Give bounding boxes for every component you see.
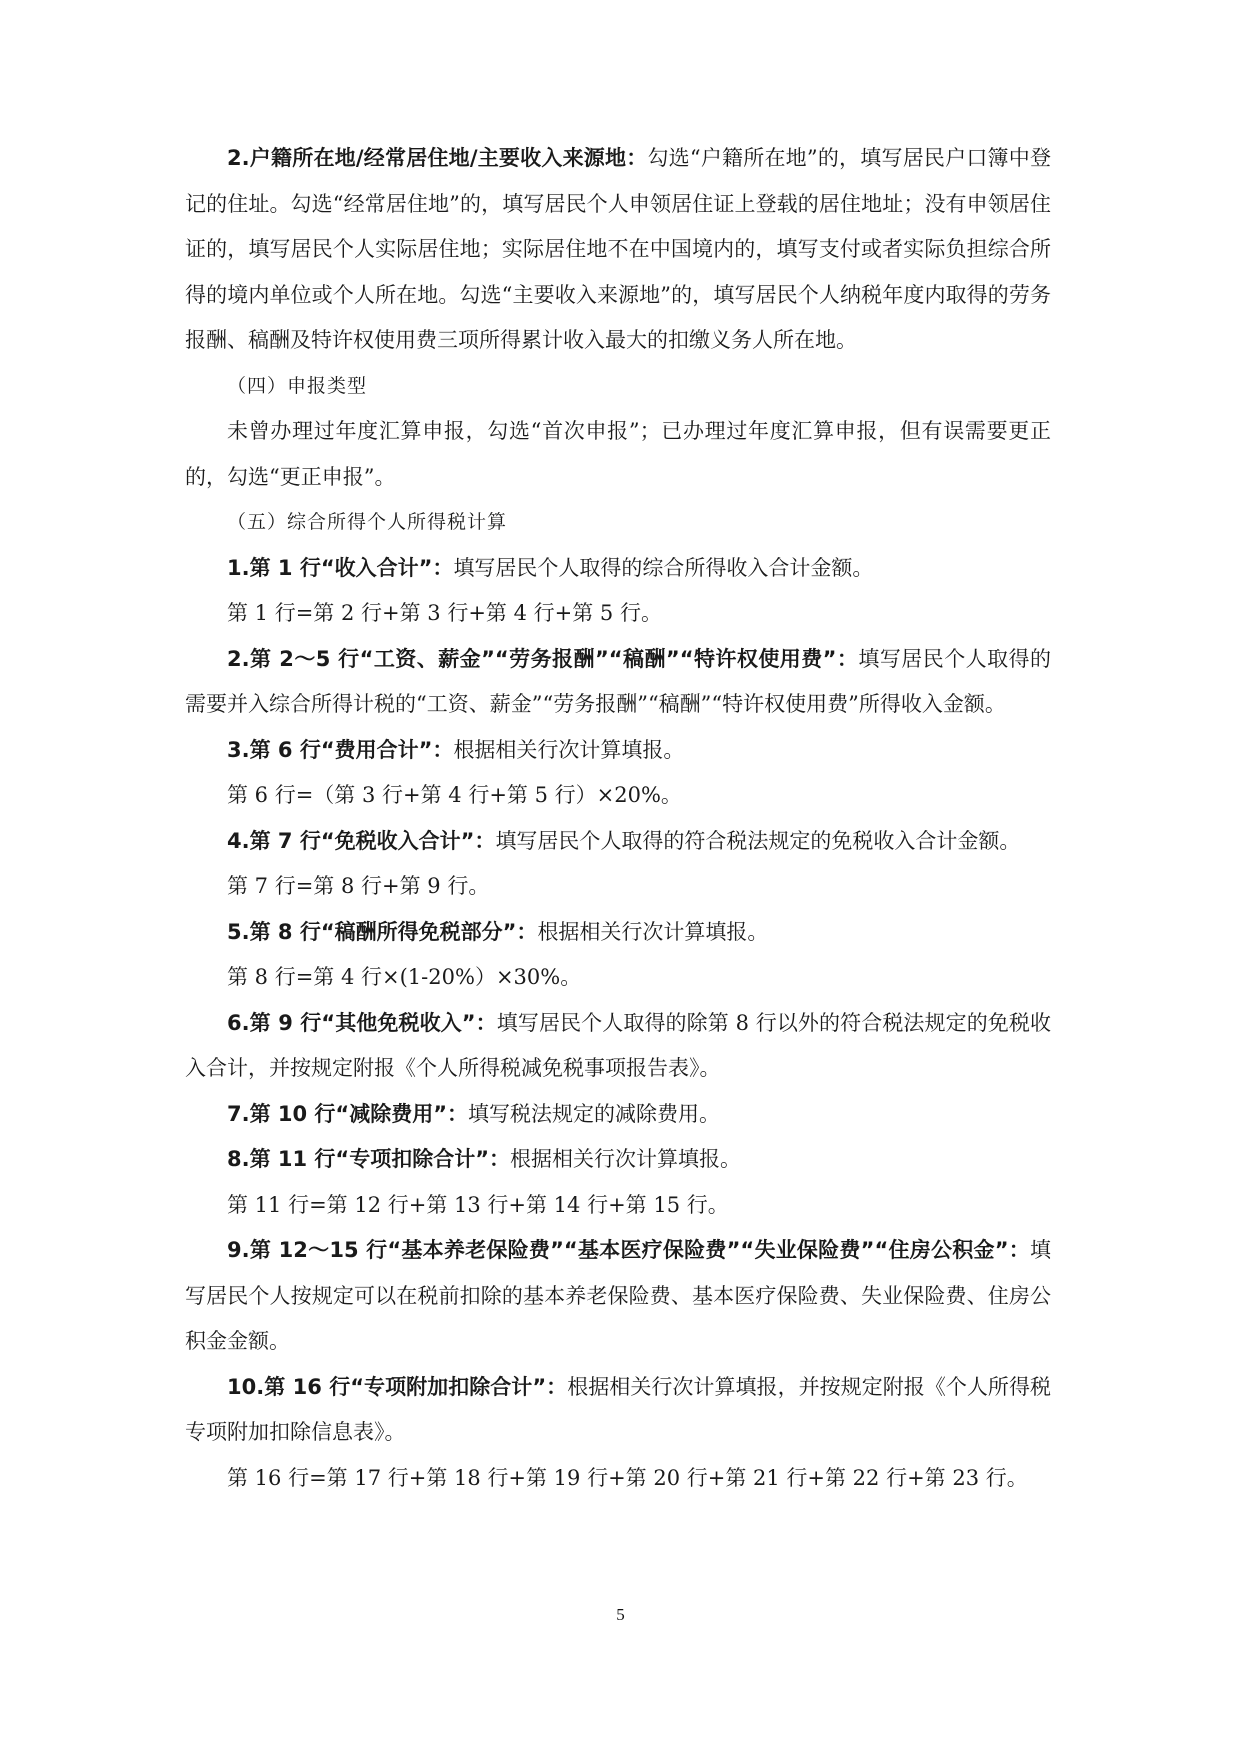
formula-text: 第 1 行=第 2 行+第 3 行+第 4 行+第 5 行。 xyxy=(227,601,662,625)
paragraph-lead: 8.第 11 行“专项扣除合计”： xyxy=(227,1147,510,1171)
paragraph-lead: 9.第 12～15 行“基本养老保险费”“基本医疗保险费”“失业保险费”“住房公… xyxy=(227,1238,1030,1262)
paragraph-declaration-type: 未曾办理过年度汇算申报，勾选“首次申报”；已办理过年度汇算申报，但有误需要更正的… xyxy=(185,409,1051,500)
paragraph-lead: 4.第 7 行“免税收入合计”： xyxy=(227,829,495,853)
paragraph-lead: 1.第 1 行“收入合计”： xyxy=(227,556,453,580)
paragraph-lead: 2.户籍所在地/经常居住地/主要收入来源地： xyxy=(227,146,647,170)
paragraph-lead: 2.第 2～5 行“工资、薪金”“劳务报酬”“稿酬”“特许权使用费”： xyxy=(227,647,858,671)
formula-text: 第 16 行=第 17 行+第 18 行+第 19 行+第 20 行+第 21 … xyxy=(227,1466,1028,1490)
formula-row-11: 第 11 行=第 12 行+第 13 行+第 14 行+第 15 行。 xyxy=(185,1183,1051,1229)
page-number: 5 xyxy=(0,1605,1241,1625)
paragraph-row-6: 3.第 6 行“费用合计”：根据相关行次计算填报。 xyxy=(185,728,1051,774)
paragraph-body: 填写税法规定的减除费用。 xyxy=(468,1102,720,1126)
paragraph-row-9: 6.第 9 行“其他免税收入”：填写居民个人取得的除第 8 行以外的符合税法规定… xyxy=(185,1001,1051,1092)
formula-text: 第 7 行=第 8 行+第 9 行。 xyxy=(227,874,489,898)
paragraph-body: 勾选“户籍所在地”的，填写居民户口簿中登记的住址。勾选“经常居住地”的，填写居民… xyxy=(185,146,1051,352)
paragraph-body: 根据相关行次计算填报。 xyxy=(453,738,684,762)
document-page: 2.户籍所在地/经常居住地/主要收入来源地：勾选“户籍所在地”的，填写居民户口簿… xyxy=(185,136,1051,1501)
paragraph-lead: 10.第 16 行“专项附加扣除合计”： xyxy=(227,1375,567,1399)
paragraph-lead: 3.第 6 行“费用合计”： xyxy=(227,738,453,762)
formula-text: 第 8 行=第 4 行×(1-20%）×30%。 xyxy=(227,965,581,989)
paragraph-row-1: 1.第 1 行“收入合计”：填写居民个人取得的综合所得收入合计金额。 xyxy=(185,546,1051,592)
formula-row-8: 第 8 行=第 4 行×(1-20%）×30%。 xyxy=(185,955,1051,1001)
section-heading-declaration-type: （四）申报类型 xyxy=(185,364,1051,410)
paragraph-row-8: 5.第 8 行“稿酬所得免税部分”：根据相关行次计算填报。 xyxy=(185,910,1051,956)
paragraph-lead: 5.第 8 行“稿酬所得免税部分”： xyxy=(227,920,537,944)
formula-row-7: 第 7 行=第 8 行+第 9 行。 xyxy=(185,864,1051,910)
formula-text: 第 11 行=第 12 行+第 13 行+第 14 行+第 15 行。 xyxy=(227,1193,729,1217)
paragraph-lead: 6.第 9 行“其他免税收入”： xyxy=(227,1011,497,1035)
paragraph-body: 填写居民个人取得的综合所得收入合计金额。 xyxy=(453,556,873,580)
paragraph-residence: 2.户籍所在地/经常居住地/主要收入来源地：勾选“户籍所在地”的，填写居民户口簿… xyxy=(185,136,1051,364)
paragraph-rows-12-15: 9.第 12～15 行“基本养老保险费”“基本医疗保险费”“失业保险费”“住房公… xyxy=(185,1228,1051,1365)
paragraph-lead: 7.第 10 行“减除费用”： xyxy=(227,1102,468,1126)
section-heading-tax-calculation: （五）综合所得个人所得税计算 xyxy=(185,500,1051,546)
paragraph-body: 根据相关行次计算填报。 xyxy=(537,920,768,944)
paragraph-row-7: 4.第 7 行“免税收入合计”：填写居民个人取得的符合税法规定的免税收入合计金额… xyxy=(185,819,1051,865)
formula-row-16: 第 16 行=第 17 行+第 18 行+第 19 行+第 20 行+第 21 … xyxy=(185,1456,1051,1502)
formula-row-6: 第 6 行=（第 3 行+第 4 行+第 5 行）×20%。 xyxy=(185,773,1051,819)
paragraph-row-11: 8.第 11 行“专项扣除合计”：根据相关行次计算填报。 xyxy=(185,1137,1051,1183)
paragraph-row-10: 7.第 10 行“减除费用”：填写税法规定的减除费用。 xyxy=(185,1092,1051,1138)
paragraph-row-16: 10.第 16 行“专项附加扣除合计”：根据相关行次计算填报，并按规定附报《个人… xyxy=(185,1365,1051,1456)
paragraph-body: 根据相关行次计算填报。 xyxy=(510,1147,741,1171)
formula-row-1: 第 1 行=第 2 行+第 3 行+第 4 行+第 5 行。 xyxy=(185,591,1051,637)
formula-text: 第 6 行=（第 3 行+第 4 行+第 5 行）×20%。 xyxy=(227,783,682,807)
paragraph-body: 未曾办理过年度汇算申报，勾选“首次申报”；已办理过年度汇算申报，但有误需要更正的… xyxy=(185,419,1051,489)
paragraph-rows-2-5: 2.第 2～5 行“工资、薪金”“劳务报酬”“稿酬”“特许权使用费”：填写居民个… xyxy=(185,637,1051,728)
paragraph-body: 填写居民个人取得的符合税法规定的免税收入合计金额。 xyxy=(495,829,1020,853)
